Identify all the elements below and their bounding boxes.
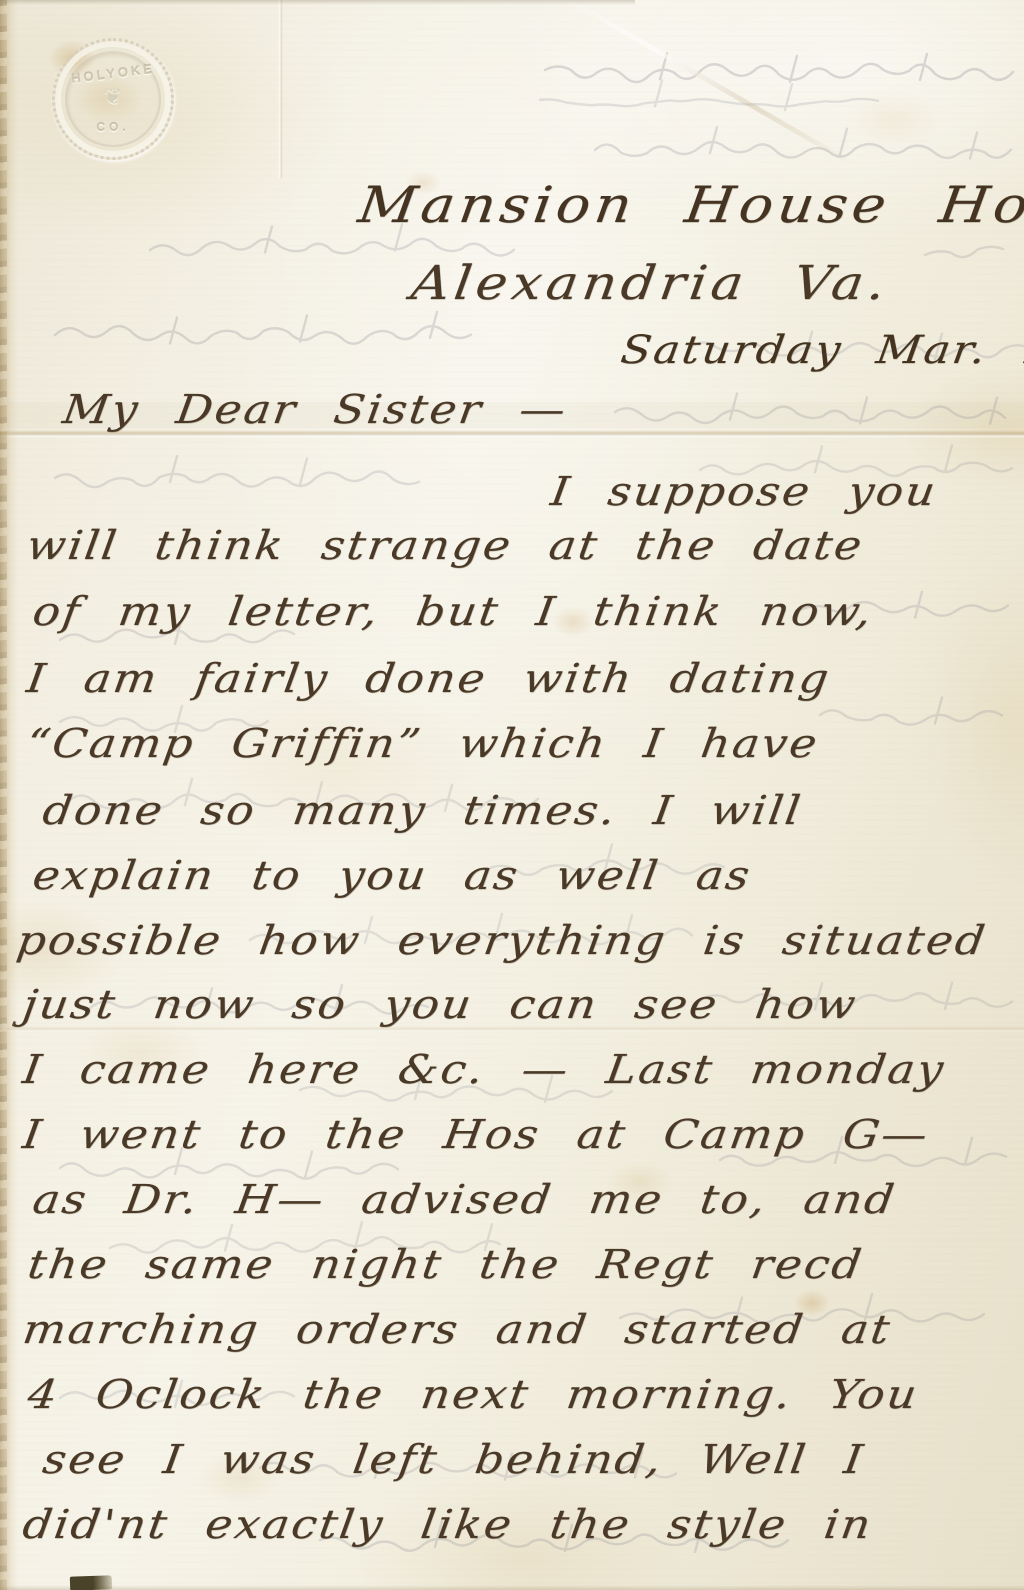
letter-line: “Camp Griffin” which I have bbox=[24, 722, 822, 766]
letter-line: possible how everything is situated bbox=[14, 919, 990, 963]
salutation: My Dear Sister — bbox=[60, 388, 570, 432]
cropped-ink-mark bbox=[70, 1575, 112, 1590]
paper-bottom-edge bbox=[0, 1585, 1024, 1590]
letter-line: just now so you can see how bbox=[20, 983, 860, 1027]
letter-line: marching orders and started at bbox=[20, 1308, 894, 1352]
letter-page: HOLYOKE ❦ CO. Mansion House Hos. Alexand… bbox=[0, 0, 1024, 1590]
letter-line: did'nt exactly like the style in bbox=[20, 1503, 875, 1547]
letter-line: of my letter, but I think now, bbox=[30, 590, 876, 634]
letter-line: I suppose you bbox=[548, 470, 940, 514]
embossed-papermaker-seal: HOLYOKE ❦ CO. bbox=[52, 38, 174, 160]
heading-city-line: Alexandria Va. bbox=[408, 258, 893, 310]
letter-line: explain to you as well as bbox=[30, 854, 754, 898]
letter-line: will think strange at the date bbox=[24, 524, 866, 568]
seal-co-text: CO. bbox=[52, 120, 174, 134]
letter-line: I came here &c. — Last monday bbox=[20, 1048, 948, 1092]
letter-line: I am fairly done with dating bbox=[24, 657, 833, 701]
seal-motif-icon: ❦ bbox=[52, 85, 174, 110]
heading-date-line: Saturday Mar. 15/62 bbox=[618, 330, 1024, 373]
paper-deckle-edge bbox=[0, 0, 18, 1590]
letter-line: done so many times. I will bbox=[40, 789, 805, 833]
letter-line: as Dr. H— advised me to, and bbox=[30, 1178, 899, 1222]
letter-line: the same night the Regt recd bbox=[25, 1243, 866, 1287]
letter-line: see I was left behind, Well I bbox=[40, 1438, 867, 1482]
letter-line: I went to the Hos at Camp G— bbox=[20, 1113, 932, 1157]
letter-line: 4 Oclock the next morning. You bbox=[25, 1373, 921, 1417]
paper-top-edge bbox=[0, 0, 635, 5]
heading-hospital-line: Mansion House Hos. bbox=[355, 178, 1024, 233]
